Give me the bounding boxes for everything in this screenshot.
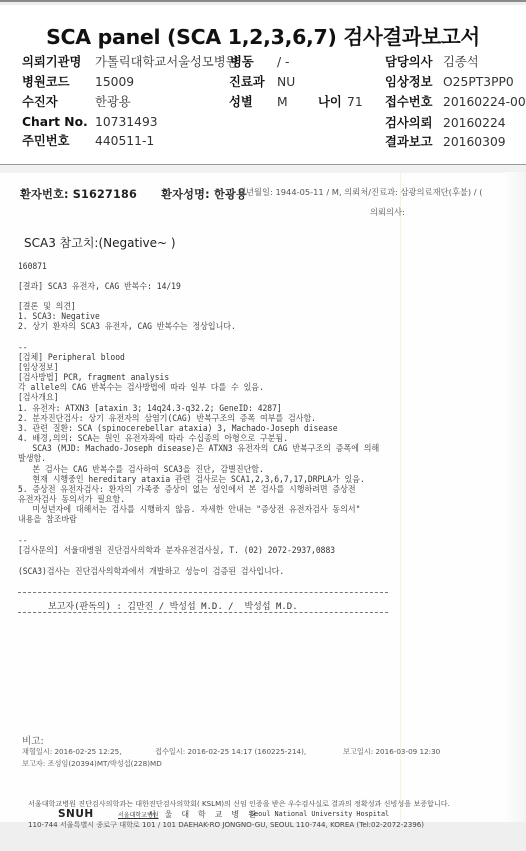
patient-number: 환자번호: S1627186 <box>20 188 137 201</box>
method-note: 각 allele의 CAG 반복수는 검사방법에 따라 일부 다를 수 있음. <box>18 383 264 393</box>
snuh-logo: SNUH <box>58 808 94 820</box>
overview-4-cont-3: 본 검사는 CAG 반복수를 검사하여 SCA3을 진단, 감별진단함. <box>18 465 264 475</box>
label-resident-no: 주민번호 <box>22 135 70 147</box>
report-time: 보고일시: 2016-03-09 12:30 <box>343 747 440 757</box>
hospital-address: 110-744 서울특별시 종로구 대학로 101 / 101 DAEHAK-R… <box>28 820 424 830</box>
scan-right-edge <box>505 172 526 822</box>
overview-4-cont-1: SCA3 (MJD: Machado-Joseph disease)은 ATXN… <box>18 444 379 454</box>
divider-dashes: -- <box>18 343 28 353</box>
overview-4: 4. 배경,의의: SCA는 원인 유전자좌에 따라 수십종의 아형으로 구분됨… <box>18 434 288 444</box>
sample-id: 160871 <box>18 262 47 272</box>
conclusion-2: 2. 상기 환자의 SCA3 유전자, CAG 반복수는 정상입니다. <box>18 322 236 332</box>
value-requesting-institution: 가톨릭대학교서울성모병원 <box>95 56 238 68</box>
label-test-request: 검사의뢰 <box>385 117 433 129</box>
receipt-time: 접수일시: 2016-02-25 14:17 (160225-214), <box>155 747 306 757</box>
label-chart-no: Chart No. <box>22 116 88 128</box>
label-patient-name: 수진자 <box>22 96 58 108</box>
patient-info: 생년월일: 1944-05-11 / M, 의뢰처/진료과: 삼광의료재단(후불… <box>238 186 482 198</box>
label-result-report: 결과보고 <box>385 136 433 148</box>
remarks-label: 비고: <box>22 733 44 747</box>
scan-artifact-line <box>400 172 401 822</box>
label-age: 나이 <box>318 96 342 108</box>
divider-dashes-2: -- <box>18 536 28 546</box>
result-line: [결과] SCA3 유전자, CAG 반복수: 14/19 <box>18 282 181 292</box>
overview-5-cont-2: 미성년자에 대해서는 검사를 시행하지 않음. 자세한 안내는 "증상전 유전자… <box>18 505 360 515</box>
hospital-name-english: Seoul National University Hospital <box>250 810 389 818</box>
label-department: 진료과 <box>229 76 265 88</box>
report-title: SCA panel (SCA 1,2,3,6,7) 검사결과보고서 <box>0 20 526 50</box>
specimen: [검체] Peripheral blood <box>18 353 125 363</box>
reporter-signature: 보고자(판독의) : 김만진 / 박성섭 M.D. / 박성섭 M.D. <box>48 599 298 612</box>
patient-name: 환자성명: 한광용 <box>161 188 247 201</box>
value-department: NU <box>277 76 295 88</box>
hospital-name-korean: 서 울 대 학 교 병 원 <box>148 809 259 820</box>
label-ward: 병동 <box>230 56 254 68</box>
label-hospital-code: 병원코드 <box>22 76 70 88</box>
overview-4-cont-4: 현재 시행중인 hereditary ataxia 관련 검사로는 SCA1,2… <box>18 475 365 485</box>
collection-time: 채혈일시: 2016-02-25 12:25, <box>22 747 122 757</box>
conclusion-heading: [결론 및 의견] <box>18 302 76 312</box>
label-clinical-info: 임상정보 <box>385 76 433 88</box>
label-sex: 성별 <box>229 96 253 108</box>
patient-bar: 환자번호: S1627186 환자성명: 한광용 <box>20 183 247 202</box>
scan-top-edge <box>0 165 526 173</box>
test-method: [검사방법] PCR, fragment analysis <box>18 373 169 383</box>
overview-1: 1. 유전자: ATXN3 [ataxin 3; 14q24.3-q32.2; … <box>18 404 282 414</box>
value-attending-doctor: 김종석 <box>443 56 479 68</box>
conclusion-1: 1. SCA3: Negative <box>18 312 100 322</box>
dashed-rule-top <box>18 592 388 593</box>
label-attending-doctor: 담당의사 <box>385 56 433 68</box>
value-test-request: 20160224 <box>443 117 506 129</box>
overview-heading: [검사개요] <box>18 393 59 403</box>
overview-4-cont-2: 발생함. <box>18 454 46 464</box>
validation-statement: (SCA3)검사는 진단검사의학과에서 개발하고 성능이 검증된 검사입니다. <box>18 567 284 577</box>
test-inquiry: [검사문의] 서울대병원 진단검사의학과 분자유전검사실, T. (02) 20… <box>18 546 335 556</box>
value-sex: M <box>277 96 288 108</box>
reference-value: SCA3 참고치:(Negative~ ) <box>24 234 176 251</box>
overview-2: 2. 분자진단검사: 상기 유전자의 삼염기(CAG) 반복구조의 증폭 여부를… <box>18 414 316 424</box>
label-requesting-institution: 의뢰기관명 <box>22 56 81 68</box>
reporters-line: 보고자: 조성임(20394)MT/박성섭(228)MD <box>22 759 162 769</box>
requesting-doctor: 의뢰의사: <box>370 206 405 218</box>
value-clinical-info: O25PT3PP0 <box>443 76 514 88</box>
value-hospital-code: 15009 <box>95 76 134 88</box>
label-receipt-no: 접수번호 <box>385 96 433 108</box>
top-band <box>0 2 526 5</box>
value-result-report: 20160309 <box>443 136 506 148</box>
overview-3: 3. 관련 질환: SCA (spinocerebellar ataxia) 3… <box>18 424 338 434</box>
value-receipt-no: 20160224-001 <box>443 96 526 108</box>
value-chart-no: 10731493 <box>95 116 158 128</box>
value-patient-name: 한광용 <box>95 96 131 108</box>
value-age: 71 <box>347 96 363 108</box>
value-ward: / - <box>277 56 290 68</box>
value-resident-no: 440511-1 <box>95 135 154 147</box>
clinical-info-heading: [임상정보] <box>18 363 59 373</box>
overview-5-cont-1: 유전자검사 동의서가 필요함. <box>18 495 125 505</box>
overview-5-cont-3: 내용을 참조바람 <box>18 515 77 525</box>
overview-5: 5. 증상전 유전자검사: 환자의 가족중 증상이 없는 성인에서 본 검사를 … <box>18 485 356 495</box>
dashed-rule-bottom <box>18 612 388 613</box>
